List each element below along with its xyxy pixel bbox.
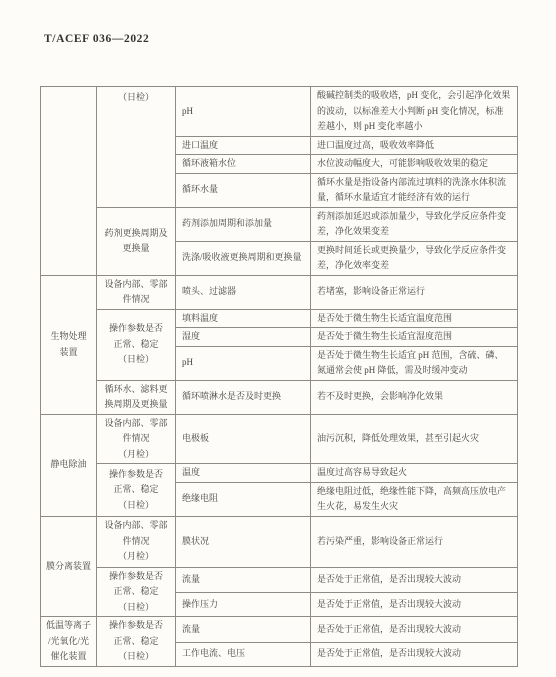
desc-cell: 是否处于微生物生长适宜湿度范围 <box>311 328 518 347</box>
desc-cell: 若堵塞，影响设备正常运行 <box>311 275 518 309</box>
param-cell: 电极板 <box>176 414 311 464</box>
desc-cell: 是否处于微生物生长适宜温度范围 <box>311 309 518 328</box>
table-row: 静电除油 设备内部、零部 件情况 （月检） 电极板 油污沉积，降低处理效果，甚至… <box>41 414 518 464</box>
desc-cell: 若污染严重，影响设备正常运行 <box>311 516 518 567</box>
table-row: 操作参数是否 正常、稳定 （日检） 流量 是否处于正常值，是否出现较大波动 <box>41 567 518 592</box>
device-cell: 静电除油 <box>41 414 97 516</box>
inspection-table: （日检） pH 酸碱控制类的吸收塔，pH 变化，会引起净化效果的波动，以标准差大… <box>40 86 518 667</box>
param-cell: 循环水量 <box>176 173 311 207</box>
param-cell: 药剂添加周期和添加量 <box>176 207 311 241</box>
param-cell: 流量 <box>176 617 311 643</box>
param-cell: pH <box>176 346 311 380</box>
check-item-cell: （日检） <box>97 87 176 208</box>
table-row: 膜分离装置 设备内部、零部 件情况 （月检） 膜状况 若污染严重，影响设备正常运… <box>41 516 518 567</box>
param-cell: 流量 <box>176 567 311 592</box>
table-row: 低温等离子 /光氧化/光 催化装置 操作参数是否 正常、稳定 （日检） 流量 是… <box>41 617 518 643</box>
desc-cell: 绝缘电阻过低，绝缘性能下降，高频高压放电产生火花，易发生火灾 <box>311 482 518 516</box>
check-item-cell: 操作参数是否 正常、稳定 （日检） <box>97 617 176 667</box>
check-item-cell: 设备内部、零部 件情况 <box>97 275 176 309</box>
param-cell: 操作压力 <box>176 592 311 616</box>
table-row: 循环水、滤料更 换周期及更换量 循环喷淋水是否及时更换 若不及时更换，会影响净化… <box>41 380 518 414</box>
param-cell: 喷头、过滤器 <box>176 275 311 309</box>
device-cell: 膜分离装置 <box>41 516 97 617</box>
desc-cell: 是否处于微生物生长适宜 pH 范围，含硫、磷、氮通常会使 pH 降低，需及时缓冲… <box>311 346 518 380</box>
desc-cell: 若不及时更换，会影响净化效果 <box>311 380 518 414</box>
desc-cell: 更换时间延长或更换量少，导致化学反应条件变差，净化效率变差 <box>311 241 518 275</box>
param-cell: 膜状况 <box>176 516 311 567</box>
param-cell: pH <box>176 87 311 137</box>
desc-cell: 药剂添加延迟或添加量少，导致化学反应条件变差，净化效果变差 <box>311 207 518 241</box>
check-item-cell: 操作参数是否 正常、稳定 （日检） <box>97 464 176 517</box>
param-cell: 进口温度 <box>176 136 311 155</box>
table-row: （日检） pH 酸碱控制类的吸收塔，pH 变化，会引起净化效果的波动，以标准差大… <box>41 87 518 137</box>
check-item-cell: 设备内部、零部 件情况 （月检） <box>97 516 176 567</box>
device-cell <box>41 87 97 276</box>
param-cell: 工作电流、电压 <box>176 642 311 666</box>
param-cell: 湿度 <box>176 328 311 347</box>
doc-number: T/ACEF 036—2022 <box>44 33 149 45</box>
param-cell: 温度 <box>176 464 311 483</box>
check-item-cell: 操作参数是否 正常、稳定 （日检） <box>97 309 176 380</box>
desc-cell: 温度过高容易导致起火 <box>311 464 518 483</box>
device-cell: 低温等离子 /光氧化/光 催化装置 <box>41 617 97 667</box>
check-item-cell: 设备内部、零部 件情况 （月检） <box>97 414 176 464</box>
param-cell: 循环液箱水位 <box>176 155 311 174</box>
desc-cell: 是否处于正常值，是否出现较大波动 <box>311 567 518 592</box>
param-cell: 绝缘电阻 <box>176 482 311 516</box>
check-item-cell: 循环水、滤料更 换周期及更换量 <box>97 380 176 414</box>
desc-cell: 油污沉积，降低处理效果，甚至引起火灾 <box>311 414 518 464</box>
check-item-cell: 操作参数是否 正常、稳定 （日检） <box>97 567 176 617</box>
device-cell: 生物处理 装置 <box>41 275 97 414</box>
check-item-cell: 药剂更换周期及 更换量 <box>97 207 176 275</box>
param-cell: 填料温度 <box>176 309 311 328</box>
desc-cell: 是否处于正常值，是否出现较大波动 <box>311 642 518 666</box>
desc-cell: 循环水量是指设备内部流过填料的洗涤水体积流量，循环水量适宜才能经济有效的运行 <box>311 173 518 207</box>
table-row: 操作参数是否 正常、稳定 （日检） 填料温度 是否处于微生物生长适宜温度范围 <box>41 309 518 328</box>
table-row: 生物处理 装置 设备内部、零部 件情况 喷头、过滤器 若堵塞，影响设备正常运行 <box>41 275 518 309</box>
table-row: 操作参数是否 正常、稳定 （日检） 温度 温度过高容易导致起火 <box>41 464 518 483</box>
desc-cell: 是否处于正常值，是否出现较大波动 <box>311 617 518 643</box>
desc-cell: 水位波动幅度大，可能影响吸收效果的稳定 <box>311 155 518 174</box>
desc-cell: 是否处于正常值，是否出现较大波动 <box>311 592 518 616</box>
param-cell: 洗涤/吸收液更换周期和更换量 <box>176 241 311 275</box>
table-row: 药剂更换周期及 更换量 药剂添加周期和添加量 药剂添加延迟或添加量少，导致化学反… <box>41 207 518 241</box>
desc-cell: 酸碱控制类的吸收塔，pH 变化，会引起净化效果的波动，以标准差大小判断 pH 变… <box>311 87 518 137</box>
desc-cell: 进口温度过高，吸收效率降低 <box>311 136 518 155</box>
param-cell: 循环喷淋水是否及时更换 <box>176 380 311 414</box>
